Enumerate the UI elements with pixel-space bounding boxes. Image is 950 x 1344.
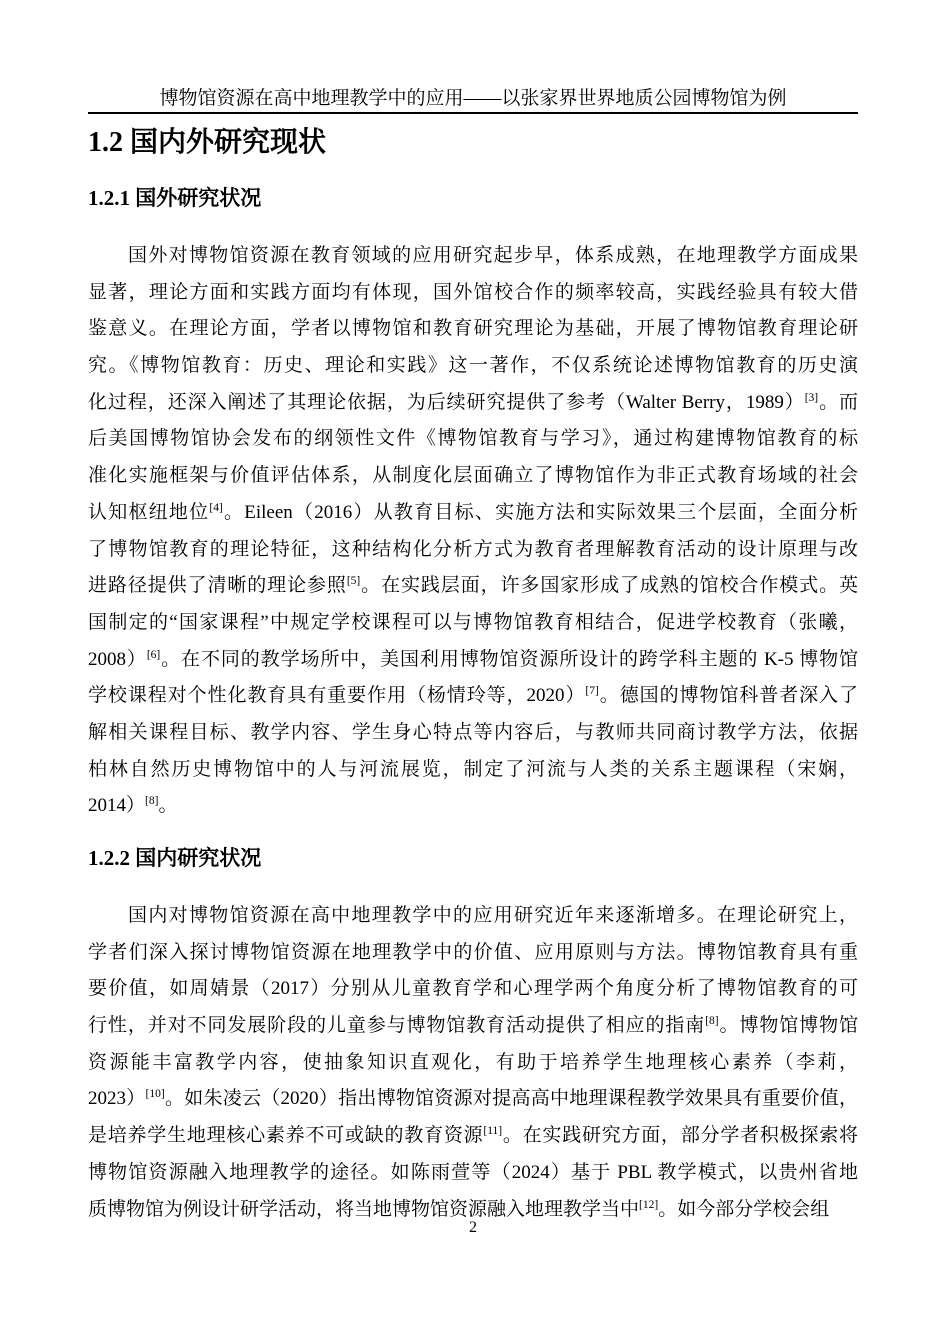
citation-superscript: [5] [347,575,360,587]
text-line: 学校课程对个性化教育具有重要作用（杨情玲等，2020）[7]。德国的博物馆科普者… [88,678,858,715]
text-line: 行性，并对不同发展阶段的儿童参与博物馆教育活动提供了相应的指南[8]。博物馆博物… [88,1008,858,1045]
subsection-heading-foreign-research: 1.2.1 国外研究状况 [88,186,261,210]
text-line: 国外对博物馆资源在教育领域的应用研究起步早，体系成熟，在地理教学方面成果 [88,238,858,275]
page-number: 2 [88,1218,858,1237]
text-line: 化过程，还深入阐述了其理论依据，为后续研究提供了参考（Walter Berry，… [88,385,858,422]
text-line: 认知枢纽地位[4]。Eileen（2016）从教育目标、实施方法和实际效果三个层… [88,495,858,532]
text-line: 国内对博物馆资源在高中地理教学中的应用研究近年来逐渐增多。在理论研究上， [88,898,858,935]
text-line: 2014）[8]。 [88,788,858,825]
text-line: 资源能丰富教学内容，使抽象知识直观化，有助于培养学生地理核心素养（李莉， [88,1045,858,1082]
running-title: 博物馆资源在高中地理教学中的应用——以张家界世界地质公园博物馆为例 [159,89,786,112]
text-line: 显著，理论方面和实践方面均有体现，国外馆校合作的频率较高，实践经验具有较大借 [88,275,858,312]
text-line: 柏林自然历史博物馆中的人与河流展览，制定了河流与人类的关系主题课程（宋娴， [88,752,858,789]
citation-superscript: [7] [585,685,598,697]
citation-superscript: [12] [639,1199,658,1211]
paragraph-foreign-research: 国外对博物馆资源在教育领域的应用研究起步早，体系成熟，在地理教学方面成果显著，理… [88,238,858,825]
subsection-heading-domestic-research: 1.2.2 国内研究状况 [88,846,261,870]
text-line: 进路径提供了清晰的理论参照[5]。在实践层面，许多国家形成了成熟的馆校合作模式。… [88,568,858,605]
text-line: 2023）[10]。如朱凌云（2020）指出博物馆资源对提高高中地理课程教学效果… [88,1081,858,1118]
text-line: 究。《博物馆教育：历史、理论和实践》这一著作，不仅系统论述博物馆教育的历史演 [88,348,858,385]
thesis-page: 博物馆资源在高中地理教学中的应用——以张家界世界地质公园博物馆为例 1.2 国内… [0,0,950,1344]
page-header: 博物馆资源在高中地理教学中的应用——以张家界世界地质公园博物馆为例 [88,0,858,114]
text-line: 国制定的“国家课程”中规定学校课程可以与博物馆教育相结合，促进学校教育（张曦， [88,605,858,642]
text-line: 解相关课程目标、教学内容、学生身心特点等内容后，与教师共同商讨教学方法，依据 [88,715,858,752]
citation-superscript: [4] [209,502,222,514]
text-line: 是培养学生地理核心素养不可或缺的教育资源[11]。在实践研究方面，部分学者积极探… [88,1118,858,1155]
text-line: 了博物馆教育的理论特征，这种结构化分析方式为教育者理解教育活动的设计原理与改 [88,532,858,569]
citation-superscript: [8] [145,795,158,807]
citation-superscript: [3] [805,392,818,404]
text-line: 后美国博物馆协会发布的纲领性文件《博物馆教育与学习》，通过构建博物馆教育的标 [88,421,858,458]
citation-superscript: [11] [483,1125,502,1137]
text-line: 要价值，如周婧景（2017）分别从儿童教育学和心理学两个角度分析了博物馆教育的可 [88,971,858,1008]
text-line: 博物馆资源融入地理教学的途径。如陈雨萱等（2024）基于 PBL 教学模式，以贵… [88,1155,858,1192]
citation-superscript: [6] [147,649,160,661]
text-line: 2008）[6]。在不同的教学场所中，美国利用博物馆资源所设计的跨学科主题的 K… [88,642,858,679]
text-line: 鉴意义。在理论方面，学者以博物馆和教育研究理论为基础，开展了博物馆教育理论研 [88,311,858,348]
section-heading: 1.2 国内外研究现状 [88,127,326,159]
citation-superscript: [10] [146,1088,165,1100]
text-line: 学者们深入探讨博物馆资源在地理教学中的价值、应用原则与方法。博物馆教育具有重 [88,935,858,972]
text-line: 准化实施框架与价值评估体系，从制度化层面确立了博物馆作为非正式教育场域的社会 [88,458,858,495]
paragraph-domestic-research: 国内对博物馆资源在高中地理教学中的应用研究近年来逐渐增多。在理论研究上，学者们深… [88,898,858,1228]
citation-superscript: [8] [705,1015,718,1027]
